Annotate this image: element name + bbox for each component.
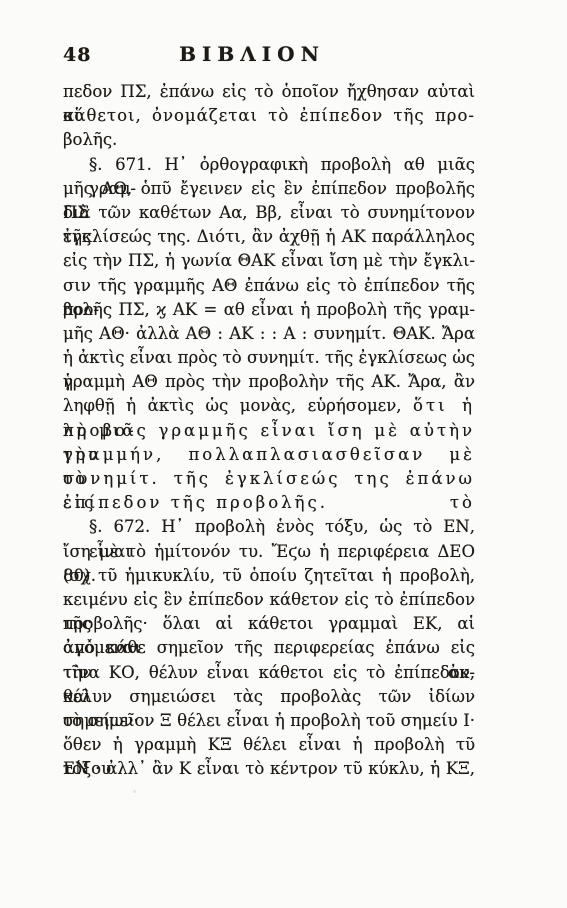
text-line: πεδον ΠΣ, ἐπάνω εἰς τὸ ὁποῖον ἤχθησαν αὐ… [63, 80, 475, 104]
text-line: βολῆς ΠΣ, ϗ ΑΚ = αθ εἶναι ἡ προβολὴ τῆς … [63, 298, 475, 322]
text-line: λὴ μιᾶς γραμμῆς εἶναι ἴση μὲ αὐτὴν τὴν [63, 419, 475, 443]
text-line: μῆς ΑΘ· ἀλλὰ ΑΘ : ΑΚ : : Α : συνημίτ. ΘΑ… [63, 322, 475, 346]
text-line: ΕΝ · ἀλλ᾽ ἂν Κ εἶναι τὸ κέντρον τῦ κύκλυ… [63, 757, 475, 781]
text-line: προβολῆς· ὅλαι αἱ κάθετοι γραμμαὶ ΕΚ, αἱ… [63, 612, 475, 636]
text-line: γραμμήν, πολλαπλασιασθεῖσαν μὲ τὸ [63, 443, 475, 467]
text-line: ἀπὸ κάθε σημεῖον τῆς περιφερείας ἐπάνω ε… [63, 636, 475, 660]
text-block: πεδον ΠΣ, ἐπάνω εἰς τὸ ὁποῖον ἤχθησαν αὐ… [63, 80, 475, 781]
text-line: ὅθεν ἡ γραμμὴ ΚΞ θέλει εἶναι ἡ προβολὴ τ… [63, 733, 475, 757]
page-header: 48 ΒΙΒΛΙΟΝ [63, 40, 475, 68]
text-line: διὰ τῶν καθέτων Αα, Ββ, εἶναι τὸ συνημίτ… [63, 201, 475, 225]
text-line: ἡ ἀκτὶς εἶναι πρὸς τὸ συνημίτ. τῆς ἐγκλί… [63, 346, 475, 370]
text-line: ἐγκλίσεώς της. Διότι, ἂν ἀχθῇ ἡ ΑΚ παράλ… [63, 225, 475, 249]
text-line: βολῆς. [63, 128, 475, 152]
text-line: ἴση μὲ τὸ ἡμίτονόν τυ. Ἔϛω ἡ περιφέρεια … [63, 540, 475, 564]
text-line: τῖνα ΚΟ, θέλυν εἶναι κάθετοι εἰς τὸ ἐπίπ… [63, 661, 475, 685]
text-line: κειμένυ εἰς ἓν ἐπίπεδον κάθετον εἰς τὸ ἐ… [63, 588, 475, 612]
text-line: §. 671. Η᾽ ὀρθογραφικὴ προβολὴ αθ μιᾶς γ… [63, 153, 475, 177]
text-line: εἰς τὴν ΠΣ, ἡ γωνία ΘΑΚ εἶναι ἴση μὲ τὴν… [63, 249, 475, 273]
text-line: μῆς ΑΘ, ὁπῦ ἔγεινεν εἰς ἓν ἐπίπεδον προβ… [63, 177, 475, 201]
text-line: 80) τῦ ἡμικυκλίυ, τῦ ὁποίυ ζητεῖται ἡ πρ… [63, 564, 475, 588]
text-line: σιν τῆς γραμμῆς ΑΘ ἐπάνω εἰς τὸ ἐπίπεδον… [63, 274, 475, 298]
text-segment: ληφθῇ ἡ ἀκτὶς ὡς μονὰς, εὑρήσομεν, [63, 396, 413, 415]
book-page: 48 ΒΙΒΛΙΟΝ πεδον ΠΣ, ἐπάνω εἰς τὸ ὁποῖον… [0, 0, 567, 908]
text-line: θέλυν σημειώσει τὰς προβολὰς τῶν ἰδίων σ… [63, 685, 475, 709]
text-line: κάθετοι, ὀνομάζεται τὸ ἐπίπεδον τῆς προ- [63, 104, 475, 128]
text-line: γραμμὴ ΑΘ πρὸς τὴν προβολὴν τῆς ΑΚ. Ἄρα,… [63, 370, 475, 394]
scan-speck [133, 790, 136, 793]
text-line: συνημίτ. τῆς ἐγκλίσεώς της ἐπάνω εἰς τὸ [63, 467, 475, 491]
text-line: τὸ σημεῖον Ξ θέλει εἶναι ἡ προβολὴ τοῦ σ… [63, 709, 475, 733]
text-line: §. 672. Η᾽ προβολὴ ἑνὸς τόξυ, ὡς τὸ ΕΝ, … [63, 515, 475, 539]
running-head-title: ΒΙΒΛΙΟΝ [63, 42, 475, 66]
text-line: ληφθῇ ἡ ἀκτὶς ὡς μονὰς, εὑρήσομεν, ὅτι ἡ… [63, 394, 475, 418]
